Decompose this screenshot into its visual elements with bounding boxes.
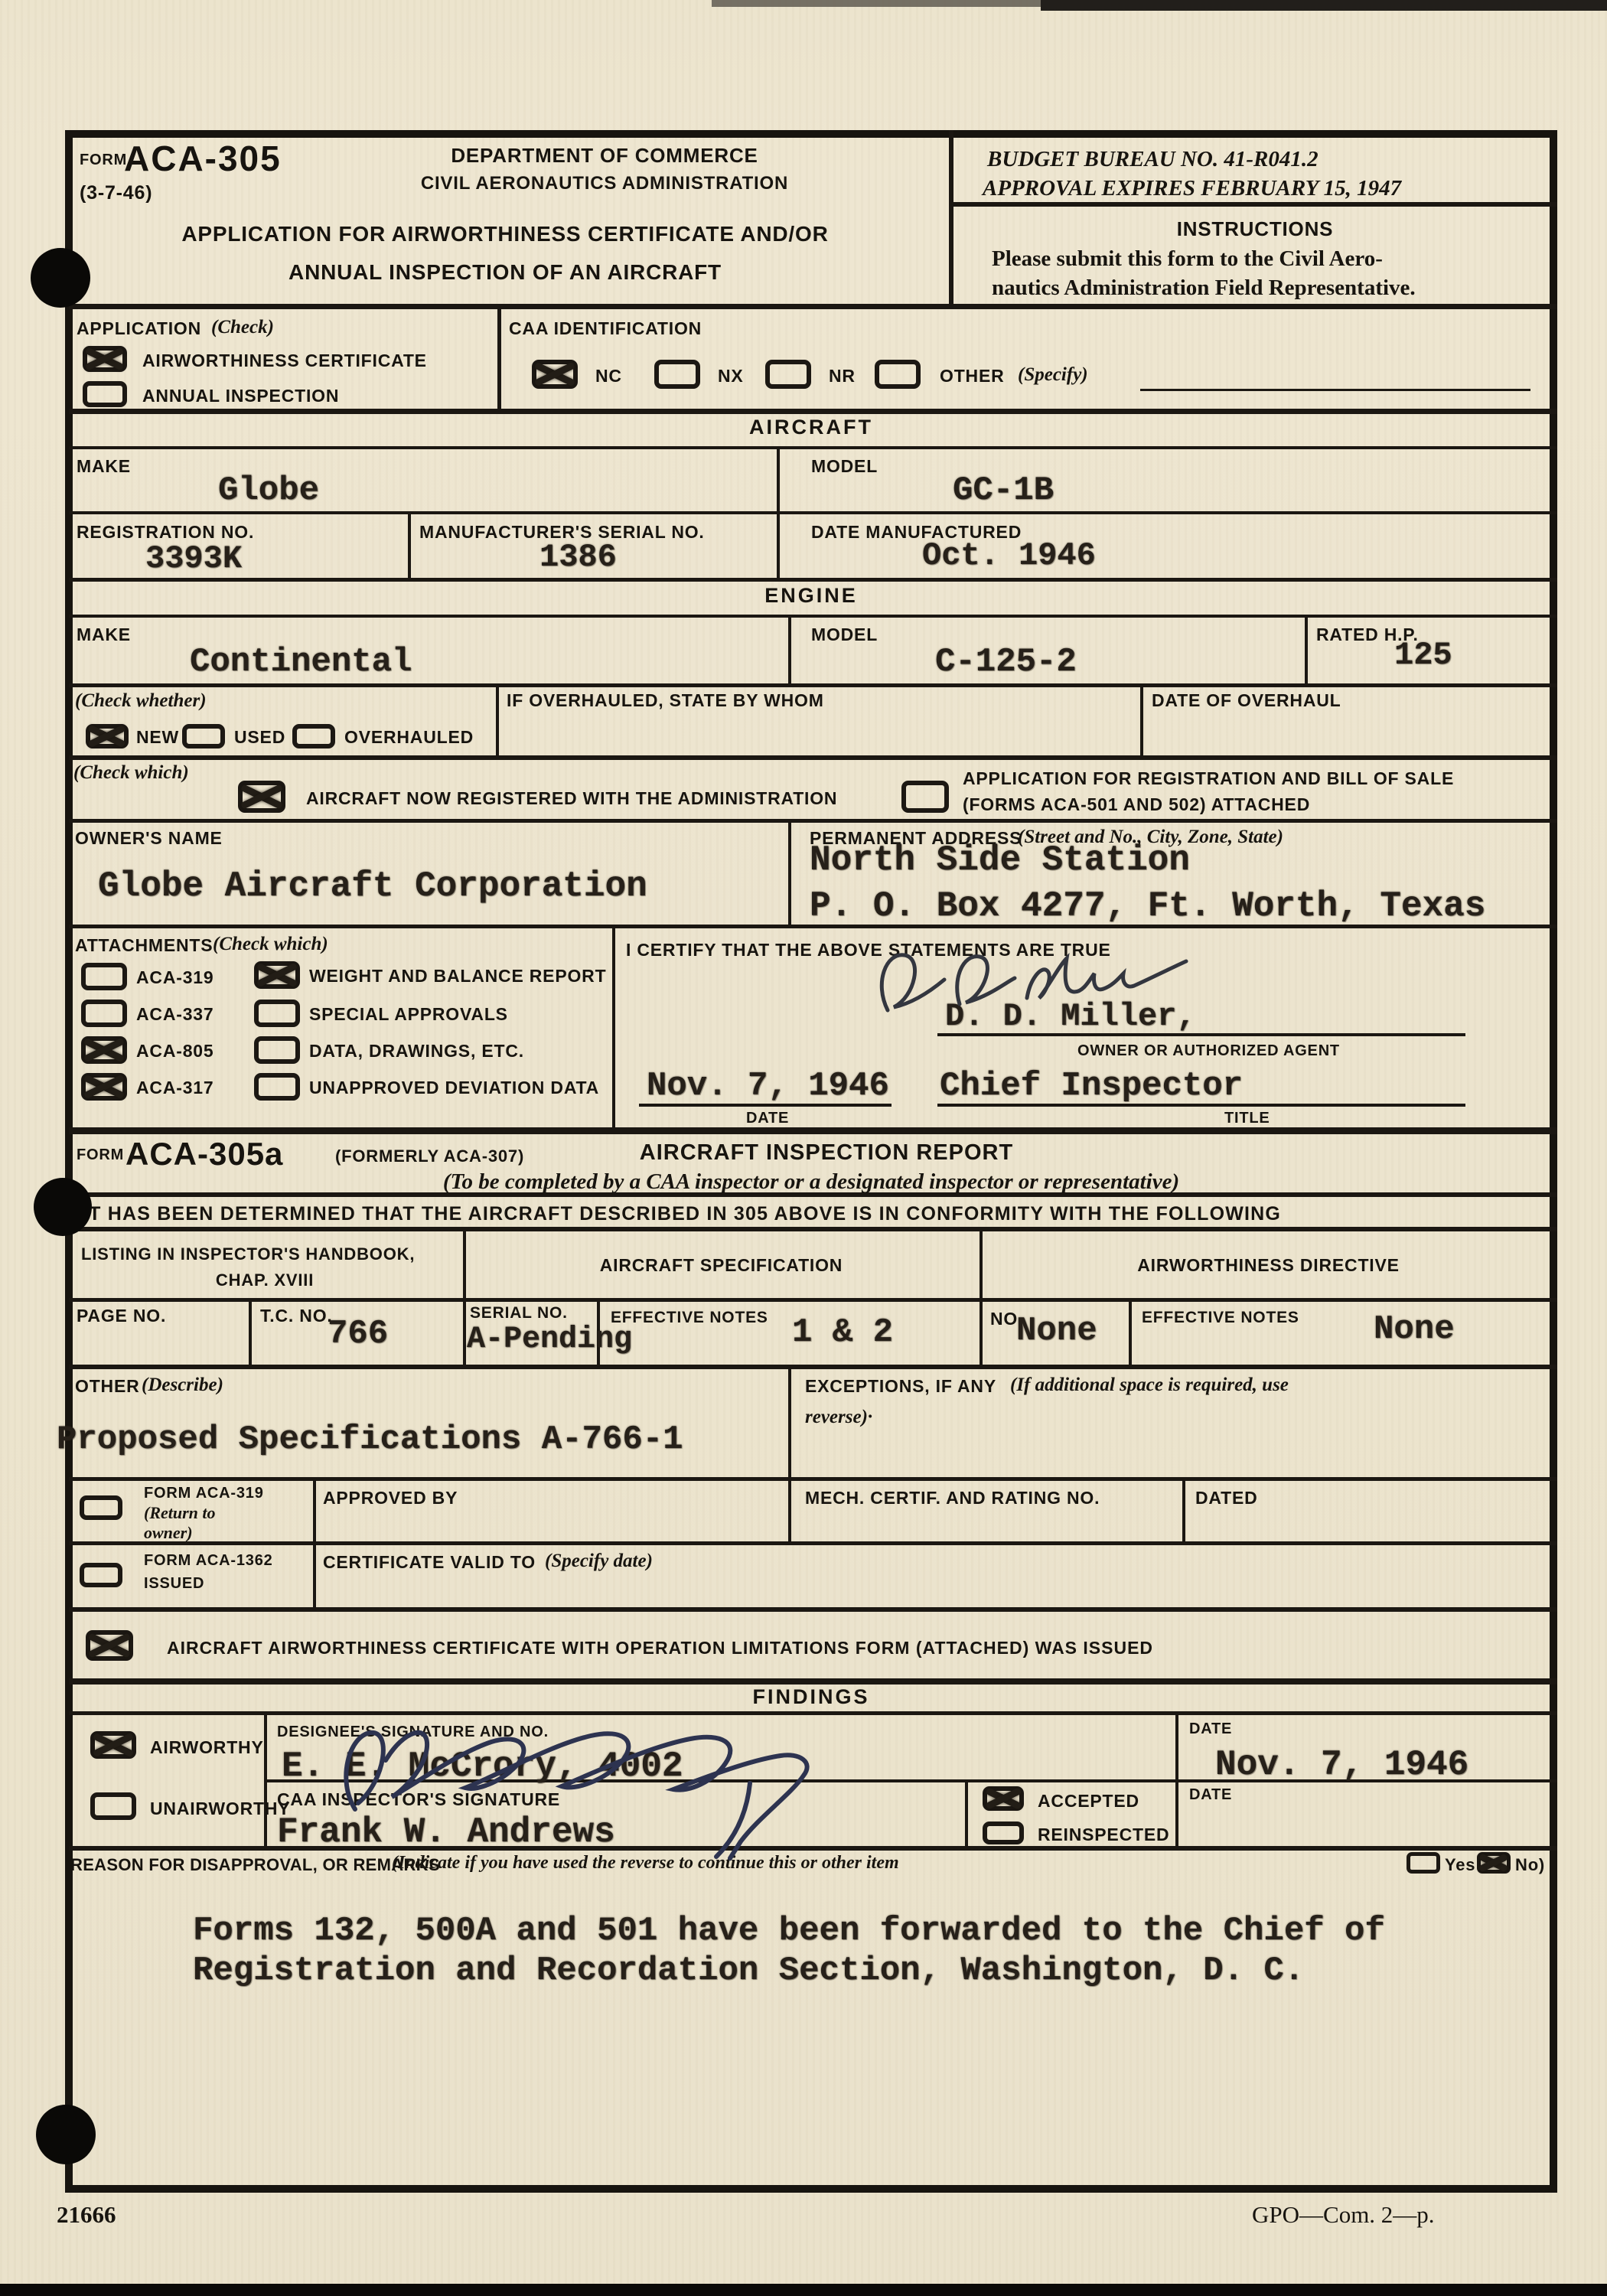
divider: [69, 1365, 1557, 1369]
effective-notes-value: 1 & 2: [792, 1313, 893, 1352]
mfr-serial-value: 1386: [539, 539, 617, 576]
form-aca-319-note2: owner): [144, 1523, 193, 1543]
form-aca-1362-checkbox[interactable]: [80, 1563, 122, 1587]
check-whether-label: (Check whether): [75, 690, 207, 712]
engine-used-checkbox[interactable]: [182, 724, 225, 748]
divider: [313, 1479, 316, 1543]
check-which-label: (Check which): [73, 762, 189, 784]
certify-date-value: Nov. 7, 1946: [647, 1067, 889, 1105]
form305a-prefix: FORM: [77, 1146, 124, 1164]
divider: [69, 755, 1557, 760]
airworthiness-certificate-label: AIRWORTHINESS CERTIFICATE: [142, 351, 427, 371]
exceptions-note-line1: (If additional space is required, use: [1010, 1375, 1289, 1396]
divider: [788, 820, 791, 926]
divider: [249, 1300, 252, 1366]
caa-nc-label: NC: [595, 366, 622, 386]
aca-337-label: ACA-337: [136, 1004, 214, 1025]
aircraft-make-value: Globe: [218, 471, 319, 510]
footer-stock-number: 21666: [57, 2201, 116, 2229]
divider: [497, 306, 501, 411]
engine-new-checkbox[interactable]: [86, 724, 129, 748]
divider: [788, 1479, 791, 1543]
divider: [949, 130, 953, 306]
approved-by-label: APPROVED BY: [323, 1488, 458, 1508]
form-aca-319-note1: (Return to: [144, 1503, 216, 1523]
directive-header: AIRWORTHINESS DIRECTIVE: [980, 1255, 1557, 1276]
divider: [313, 1543, 316, 1609]
engine-overhauled-checkbox[interactable]: [292, 724, 335, 748]
unapproved-deviation-checkbox[interactable]: [254, 1073, 300, 1101]
airworthy-label: AIRWORTHY: [150, 1737, 264, 1758]
engine-model-label: MODEL: [811, 625, 878, 645]
engine-section-title: ENGINE: [65, 584, 1557, 608]
certificate-valid-to-note: (Specify date): [545, 1551, 653, 1572]
engine-make-label: MAKE: [77, 625, 131, 645]
divider: [69, 819, 1557, 823]
bill-of-sale-label-line2: (FORMS ACA-501 AND 502) ATTACHED: [963, 794, 1310, 815]
date-line[interactable]: [639, 1104, 892, 1107]
engine-model-value: C-125-2: [935, 643, 1077, 681]
form-prefix-label: FORM: [80, 152, 127, 169]
certify-title-value: Chief Inspector: [940, 1067, 1243, 1105]
divider: [1175, 1713, 1178, 1848]
form-title-line1: APPLICATION FOR AIRWORTHINESS CERTIFICAT…: [92, 222, 918, 246]
annual-inspection-label: ANNUAL INSPECTION: [142, 386, 339, 406]
findings-date-value: Nov. 7, 1946: [1215, 1745, 1468, 1785]
determination-statement: IT HAS BEEN DETERMINED THAT THE AIRCRAFT…: [83, 1203, 1281, 1225]
dated-label: DATED: [1195, 1488, 1258, 1508]
divider: [69, 1678, 1557, 1684]
aircraft-model-label: MODEL: [811, 456, 878, 477]
overhauled-by-label: IF OVERHAULED, STATE BY WHOM: [507, 690, 824, 711]
engine-overhauled-label: OVERHAULED: [344, 727, 474, 748]
certify-date-label: DATE: [746, 1110, 789, 1127]
divider: [463, 1300, 466, 1366]
aircraft-section-title: AIRCRAFT: [65, 416, 1557, 439]
owner-signature: [865, 935, 1194, 1042]
aca-319-label: ACA-319: [136, 967, 214, 988]
engine-used-label: USED: [234, 727, 285, 748]
unapproved-deviation-label: UNAPPROVED DEVIATION DATA: [309, 1078, 599, 1098]
divider: [69, 446, 1557, 449]
ad-notes-value: None: [1374, 1310, 1455, 1349]
application-label-note: (Check): [211, 317, 274, 338]
punch-hole-bottom: [36, 2105, 96, 2164]
caa-nx-checkbox[interactable]: [654, 360, 700, 389]
findings-date2-label: DATE: [1189, 1786, 1232, 1804]
caa-nc-checkbox[interactable]: [532, 360, 578, 389]
tc-no-value: 766: [328, 1315, 388, 1353]
scan-edge-smudge-top-corner: [1041, 0, 1607, 11]
scanned-form-page: FORM ACA-305 (3-7-46) DEPARTMENT OF COMM…: [0, 0, 1607, 2296]
engine-make-value: Continental: [190, 643, 412, 681]
budget-bureau-line1: BUDGET BUREAU NO. 41-R041.2: [987, 147, 1319, 172]
serial-no-label: SERIAL NO.: [470, 1304, 568, 1322]
aca-319-checkbox[interactable]: [81, 963, 127, 990]
department-line2: CIVIL AERONAUTICS ADMINISTRATION: [360, 173, 849, 194]
scan-edge-strip-bottom: [0, 2284, 1607, 2296]
caa-other-blank[interactable]: [1140, 389, 1530, 391]
special-approvals-checkbox[interactable]: [254, 1000, 300, 1027]
department-line1: DEPARTMENT OF COMMERCE: [360, 144, 849, 168]
remarks-yes-label: Yes: [1445, 1855, 1475, 1875]
divider: [1182, 1479, 1185, 1543]
owner-agent-label: OWNER OR AUTHORIZED AGENT: [1077, 1042, 1340, 1060]
instructions-title: INSTRUCTIONS: [957, 217, 1553, 241]
form-aca-319-label: FORM ACA-319: [144, 1485, 264, 1502]
divider: [965, 1781, 968, 1848]
certify-title-label: TITLE: [1224, 1110, 1270, 1127]
divider: [69, 615, 1557, 618]
divider: [980, 1300, 983, 1366]
weight-balance-label: WEIGHT AND BALANCE REPORT: [309, 966, 606, 987]
aca-337-checkbox[interactable]: [81, 1000, 127, 1027]
divider: [69, 578, 1557, 582]
aca-317-label: ACA-317: [136, 1078, 214, 1098]
aca-317-checkbox[interactable]: [81, 1073, 127, 1101]
registered-label: AIRCRAFT NOW REGISTERED WITH THE ADMINIS…: [306, 788, 837, 809]
reinspected-checkbox[interactable]: [983, 1821, 1024, 1844]
divider: [69, 1607, 1557, 1612]
airworthiness-issued-label: AIRCRAFT AIRWORTHINESS CERTIFICATE WITH …: [167, 1638, 1153, 1658]
divider: [949, 202, 1557, 207]
form-aca-1362-label: FORM ACA-1362: [144, 1552, 273, 1570]
overhaul-date-label: DATE OF OVERHAUL: [1152, 690, 1341, 711]
owner-name-label: OWNER'S NAME: [75, 828, 223, 849]
exceptions-note-line2: reverse)·: [805, 1407, 872, 1428]
remarks-body-line2: Registration and Recordation Section, Wa…: [193, 1952, 1304, 1990]
ad-no-value: None: [1016, 1312, 1097, 1350]
form-number: ACA-305: [124, 138, 282, 179]
divider: [69, 1298, 1557, 1302]
bill-of-sale-label-line1: APPLICATION FOR REGISTRATION AND BILL OF…: [963, 768, 1454, 789]
reinspected-label: REINSPECTED: [1038, 1825, 1169, 1845]
divider: [1140, 685, 1143, 757]
spec-header: AIRCRAFT SPECIFICATION: [463, 1255, 980, 1276]
divider: [69, 1477, 1557, 1481]
divider: [777, 513, 780, 579]
caa-identification-label: CAA IDENTIFICATION: [509, 318, 702, 339]
handbook-header-line1: LISTING IN INSPECTOR'S HANDBOOK,: [81, 1244, 415, 1264]
data-drawings-label: DATA, DRAWINGS, ETC.: [309, 1041, 524, 1062]
registration-no-value: 3393K: [145, 540, 242, 577]
divider: [1305, 616, 1308, 685]
remarks-no-checkbox[interactable]: [1477, 1852, 1511, 1874]
weight-balance-checkbox[interactable]: [254, 961, 300, 989]
divider: [69, 1127, 1557, 1134]
caa-other-note: (Specify): [1018, 364, 1088, 386]
registered-checkbox[interactable]: [238, 781, 285, 813]
remarks-no-label: No): [1515, 1855, 1545, 1875]
findings-date-label: DATE: [1189, 1720, 1232, 1738]
mech-certif-label: MECH. CERTIF. AND RATING NO.: [805, 1488, 1100, 1508]
owner-name-value: Globe Aircraft Corporation: [98, 866, 647, 906]
caa-other-label: OTHER: [940, 366, 1005, 386]
budget-bureau-line2: APPROVAL EXPIRES FEBRUARY 15, 1947: [983, 176, 1401, 201]
caa-nr-checkbox[interactable]: [765, 360, 811, 389]
accepted-label: ACCEPTED: [1038, 1791, 1139, 1812]
inspection-report-title: AIRCRAFT INSPECTION REPORT: [429, 1140, 1224, 1166]
bill-of-sale-checkbox[interactable]: [901, 781, 949, 813]
other-value: Proposed Specifications A-766-1: [57, 1420, 683, 1459]
owner-address-line2: P. O. Box 4277, Ft. Worth, Texas: [810, 886, 1485, 926]
attachments-label-note: (Check which): [213, 934, 328, 955]
aca-805-label: ACA-805: [136, 1041, 214, 1062]
instructions-body-line2: nautics Administration Field Representat…: [992, 276, 1416, 301]
divider: [788, 616, 791, 685]
serial-no-value: A-Pending: [467, 1322, 632, 1357]
unairworthy-checkbox[interactable]: [90, 1792, 136, 1820]
divider: [496, 685, 499, 757]
effective-notes-label: EFFECTIVE NOTES: [611, 1309, 768, 1327]
date-manufactured-value: Oct. 1946: [922, 537, 1096, 574]
aircraft-model-value: GC-1B: [953, 471, 1054, 510]
caa-nx-label: NX: [718, 366, 744, 386]
title-line[interactable]: [937, 1104, 1465, 1107]
divider: [69, 1541, 1557, 1545]
exceptions-label: EXCEPTIONS, IF ANY: [805, 1376, 996, 1397]
other-label-note: (Describe): [142, 1375, 223, 1396]
application-label: APPLICATION: [77, 318, 201, 339]
annual-inspection-checkbox[interactable]: [83, 381, 127, 407]
footer-gpo-imprint: GPO—Com. 2—p.: [1252, 2201, 1435, 2229]
instructions-body-line1: Please submit this form to the Civil Aer…: [992, 246, 1383, 272]
divider: [69, 1227, 1557, 1231]
registration-no-label: REGISTRATION NO.: [77, 522, 254, 543]
other-label: OTHER: [75, 1376, 140, 1397]
remarks-body-line1: Forms 132, 500A and 501 have been forwar…: [193, 1912, 1385, 1950]
divider: [69, 511, 1557, 514]
divider: [69, 304, 1557, 309]
airworthiness-certificate-checkbox[interactable]: [83, 346, 127, 372]
punch-hole-top: [31, 248, 90, 308]
tc-no-label: T.C. NO.: [260, 1306, 333, 1326]
attachments-label: ATTACHMENTS: [75, 935, 213, 956]
inspection-report-subtitle: (To be completed by a CAA inspector or a…: [65, 1169, 1557, 1195]
caa-nr-label: NR: [829, 366, 856, 386]
divider: [788, 1366, 791, 1479]
airworthy-checkbox[interactable]: [90, 1731, 136, 1759]
form-aca-319-checkbox[interactable]: [80, 1495, 122, 1520]
form-aca-1362-issued-label: ISSUED: [144, 1575, 204, 1593]
rated-hp-value: 125: [1394, 637, 1452, 673]
divider: [69, 409, 1557, 414]
caa-other-checkbox[interactable]: [875, 360, 921, 389]
aircraft-make-label: MAKE: [77, 456, 131, 477]
divider: [408, 513, 411, 579]
owner-address-line1: North Side Station: [810, 840, 1190, 880]
ad-notes-label: EFFECTIVE NOTES: [1142, 1309, 1299, 1327]
form-title-line2: ANNUAL INSPECTION OF AN AIRCRAFT: [92, 260, 918, 285]
unairworthy-label: UNAIRWORTHY: [150, 1799, 290, 1819]
divider: [264, 1713, 267, 1848]
divider: [69, 683, 1557, 687]
handbook-header-line2: CHAP. XVIII: [81, 1270, 448, 1290]
aca-805-checkbox[interactable]: [81, 1036, 127, 1064]
page-no-label: PAGE NO.: [77, 1306, 166, 1326]
engine-new-label: NEW: [136, 727, 179, 748]
form-revision: (3-7-46): [80, 182, 152, 204]
data-drawings-checkbox[interactable]: [254, 1036, 300, 1064]
divider: [612, 926, 615, 1129]
form305a-number: ACA-305a: [125, 1136, 283, 1172]
divider: [1129, 1300, 1132, 1366]
divider: [777, 448, 780, 513]
remarks-yes-checkbox[interactable]: [1407, 1852, 1440, 1874]
designee-signature-handwritten: [321, 1694, 842, 1863]
certificate-valid-to-label: CERTIFICATE VALID TO: [323, 1552, 536, 1573]
special-approvals-label: SPECIAL APPROVALS: [309, 1004, 508, 1025]
punch-hole-middle: [34, 1178, 92, 1236]
airworthiness-issued-checkbox[interactable]: [86, 1630, 133, 1661]
accepted-checkbox[interactable]: [983, 1786, 1024, 1811]
